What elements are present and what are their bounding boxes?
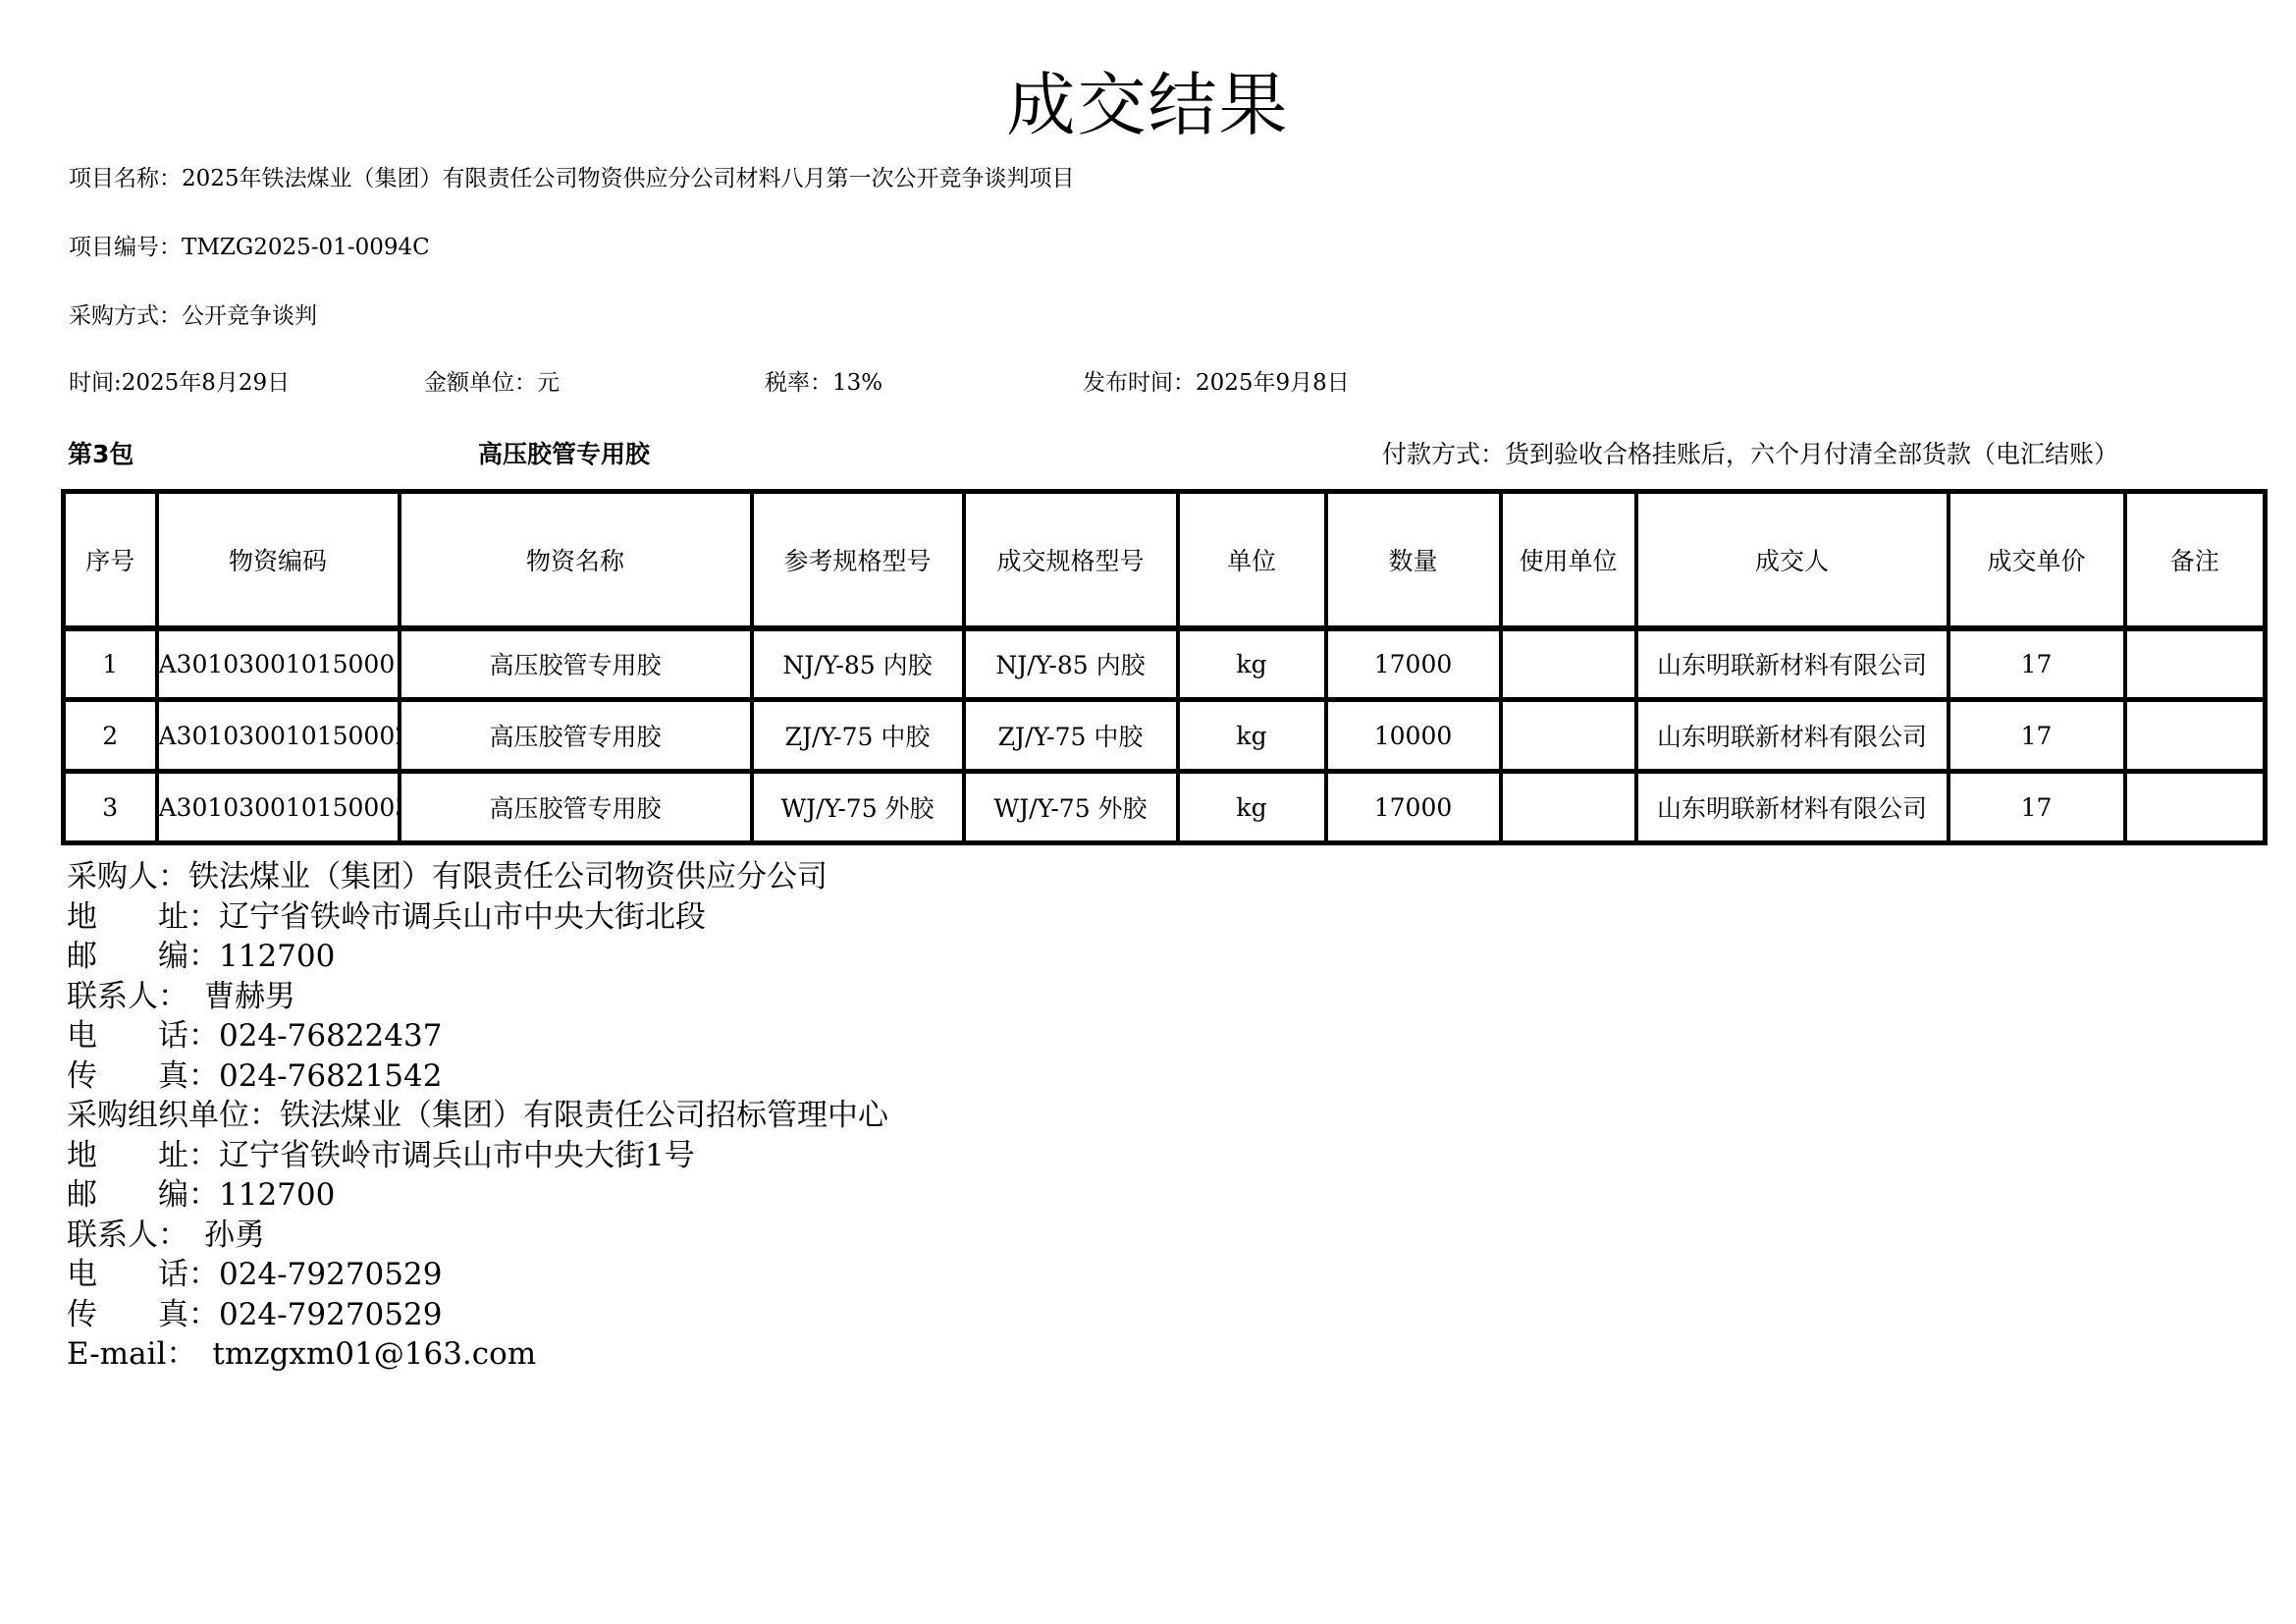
col-header-deal-spec: 成交规格型号: [964, 492, 1178, 628]
cell-material-name: 高压胶管专用胶: [400, 772, 752, 843]
cell-winner: 山东明联新材料有限公司: [1636, 700, 1949, 772]
project-code-label: 项目编号：: [69, 235, 182, 260]
cell-deal-spec: NJ/Y-85 内胶: [964, 628, 1178, 700]
cell-winner: 山东明联新材料有限公司: [1636, 628, 1949, 700]
agency-phone-label-a: 电: [67, 1257, 97, 1292]
agency-email-label: E-mail：: [67, 1336, 196, 1372]
col-header-unit-price: 成交单价: [1949, 492, 2125, 628]
purchaser-address-label-a: 地: [67, 899, 97, 935]
purchaser-phone-label-a: 电: [67, 1018, 97, 1054]
cell-ref-spec: ZJ/Y-75 中胶: [752, 700, 964, 772]
contact-block: 采购人：铁法煤业（集团）有限责任公司物资供应分公司 地址：辽宁省铁岭市调兵山市中…: [67, 857, 888, 1375]
col-header-ref-spec: 参考规格型号: [752, 492, 964, 628]
agency-address-row: 地址：辽宁省铁岭市调兵山市中央大街1号: [67, 1136, 888, 1176]
document-title: 成交结果: [0, 61, 2296, 149]
purchaser-phone-value: 024-76822437: [219, 1018, 442, 1054]
project-name-line: 项目名称：2025年铁法煤业（集团）有限责任公司物资供应分公司材料八月第一次公开…: [69, 164, 1075, 193]
table-header-row: 序号 物资编码 物资名称 参考规格型号 成交规格型号 单位 数量 使用单位 成交…: [64, 492, 2266, 628]
agency-postcode-label-a: 邮: [67, 1177, 97, 1213]
purchaser-address-label-b: 址：: [158, 899, 219, 935]
cell-winner: 山东明联新材料有限公司: [1636, 772, 1949, 843]
col-header-user-unit: 使用单位: [1501, 492, 1636, 628]
purchaser-address-value: 辽宁省铁岭市调兵山市中央大街北段: [219, 899, 706, 935]
purchaser-name-value: 铁法煤业（集团）有限责任公司物资供应分公司: [188, 859, 828, 894]
col-header-winner: 成交人: [1636, 492, 1949, 628]
agency-phone-label-b: 话：: [158, 1257, 219, 1292]
purchaser-postcode-row: 邮编：112700: [67, 937, 888, 977]
purchaser-name-row: 采购人：铁法煤业（集团）有限责任公司物资供应分公司: [67, 857, 888, 897]
procurement-method-value: 公开竞争谈判: [182, 303, 317, 329]
agency-postcode-label-b: 编：: [158, 1177, 219, 1213]
purchaser-address-row: 地址：辽宁省铁岭市调兵山市中央大街北段: [67, 897, 888, 938]
package-number: 第3包: [68, 439, 133, 470]
agency-contact-value: 孙勇: [204, 1218, 265, 1253]
cell-index: 1: [64, 628, 157, 700]
meta-time: 时间:2025年8月29日: [69, 368, 290, 398]
table-row: 1 A301030010150001 高压胶管专用胶 NJ/Y-85 内胶 NJ…: [64, 628, 2266, 700]
cell-material-code: A301030010150001: [157, 628, 400, 700]
agency-contact-row: 联系人：孙勇: [67, 1216, 888, 1256]
col-header-index: 序号: [64, 492, 157, 628]
agency-name-value: 铁法煤业（集团）有限责任公司招标管理中心: [280, 1098, 888, 1133]
purchaser-postcode-value: 112700: [219, 939, 335, 974]
cell-unit-price: 17: [1949, 700, 2125, 772]
cell-ref-spec: NJ/Y-85 内胶: [752, 628, 964, 700]
cell-remarks: [2125, 628, 2266, 700]
project-name-label: 项目名称：: [69, 166, 182, 191]
meta-currency: 金额单位：元: [424, 368, 560, 398]
cell-deal-spec: ZJ/Y-75 中胶: [964, 700, 1178, 772]
agency-address-value: 辽宁省铁岭市调兵山市中央大街1号: [219, 1138, 695, 1173]
agency-postcode-row: 邮编：112700: [67, 1175, 888, 1216]
purchaser-contact-value: 曹赫男: [204, 979, 295, 1014]
cell-user-unit: [1501, 628, 1636, 700]
cell-ref-spec: WJ/Y-75 外胶: [752, 772, 964, 843]
cell-material-code: A301030010150003: [157, 772, 400, 843]
purchaser-contact-row: 联系人：曹赫男: [67, 977, 888, 1017]
col-header-material-code: 物资编码: [157, 492, 400, 628]
purchaser-fax-label-b: 真：: [158, 1058, 219, 1094]
col-header-unit: 单位: [1178, 492, 1326, 628]
purchaser-postcode-label-a: 邮: [67, 939, 97, 974]
cell-unit: kg: [1178, 628, 1326, 700]
col-header-material-name: 物资名称: [400, 492, 752, 628]
project-code-value: TMZG2025-01-0094C: [182, 235, 430, 260]
purchaser-phone-row: 电话：024-76822437: [67, 1016, 888, 1056]
agency-name-label: 采购组织单位：: [67, 1098, 280, 1133]
agency-fax-row: 传真：024-79270529: [67, 1295, 888, 1335]
col-header-quantity: 数量: [1326, 492, 1501, 628]
procurement-method-line: 采购方式：公开竞争谈判: [69, 301, 317, 331]
purchaser-fax-label-a: 传: [67, 1058, 97, 1094]
agency-fax-label-b: 真：: [158, 1297, 219, 1332]
agency-address-label-b: 址：: [158, 1138, 219, 1173]
purchaser-fax-row: 传真：024-76821542: [67, 1056, 888, 1097]
agency-email-value[interactable]: tmzgxm01@163.com: [212, 1336, 536, 1372]
purchaser-contact-label: 联系人：: [67, 979, 188, 1014]
table-row: 3 A301030010150003 高压胶管专用胶 WJ/Y-75 外胶 WJ…: [64, 772, 2266, 843]
procurement-method-label: 采购方式：: [69, 303, 182, 329]
cell-material-name: 高压胶管专用胶: [400, 628, 752, 700]
agency-address-label-a: 地: [67, 1138, 97, 1173]
cell-remarks: [2125, 700, 2266, 772]
cell-unit-price: 17: [1949, 772, 2125, 843]
agency-contact-label: 联系人：: [67, 1218, 188, 1253]
purchaser-phone-label-b: 话：: [158, 1018, 219, 1054]
agency-postcode-value: 112700: [219, 1177, 335, 1213]
agency-fax-label-a: 传: [67, 1297, 97, 1332]
result-table: 序号 物资编码 物资名称 参考规格型号 成交规格型号 单位 数量 使用单位 成交…: [61, 489, 2268, 845]
cell-index: 2: [64, 700, 157, 772]
col-header-remarks: 备注: [2125, 492, 2266, 628]
agency-fax-value: 024-79270529: [219, 1297, 442, 1332]
cell-quantity: 17000: [1326, 772, 1501, 843]
cell-deal-spec: WJ/Y-75 外胶: [964, 772, 1178, 843]
meta-tax-rate: 税率：13%: [765, 368, 882, 398]
package-name: 高压胶管专用胶: [478, 439, 650, 470]
purchaser-fax-value: 024-76821542: [219, 1058, 442, 1094]
cell-unit-price: 17: [1949, 628, 2125, 700]
cell-unit: kg: [1178, 772, 1326, 843]
cell-remarks: [2125, 772, 2266, 843]
project-name-value: 2025年铁法煤业（集团）有限责任公司物资供应分公司材料八月第一次公开竞争谈判项…: [182, 166, 1075, 191]
cell-user-unit: [1501, 772, 1636, 843]
cell-quantity: 17000: [1326, 628, 1501, 700]
cell-quantity: 10000: [1326, 700, 1501, 772]
purchaser-postcode-label-b: 编：: [158, 939, 219, 974]
agency-phone-value: 024-79270529: [219, 1257, 442, 1292]
cell-material-name: 高压胶管专用胶: [400, 700, 752, 772]
purchaser-name-label: 采购人：: [67, 859, 188, 894]
cell-index: 3: [64, 772, 157, 843]
cell-user-unit: [1501, 700, 1636, 772]
agency-phone-row: 电话：024-79270529: [67, 1255, 888, 1295]
project-code-line: 项目编号：TMZG2025-01-0094C: [69, 233, 430, 262]
agency-name-row: 采购组织单位：铁法煤业（集团）有限责任公司招标管理中心: [67, 1096, 888, 1136]
payment-terms: 付款方式：货到验收合格挂账后，六个月付清全部货款（电汇结账）: [1382, 439, 2118, 470]
cell-unit: kg: [1178, 700, 1326, 772]
cell-material-code: A301030010150002: [157, 700, 400, 772]
table-row: 2 A301030010150002 高压胶管专用胶 ZJ/Y-75 中胶 ZJ…: [64, 700, 2266, 772]
agency-email-row: E-mail：tmzgxm01@163.com: [67, 1334, 888, 1375]
meta-publish-time: 发布时间：2025年9月8日: [1083, 368, 1350, 398]
